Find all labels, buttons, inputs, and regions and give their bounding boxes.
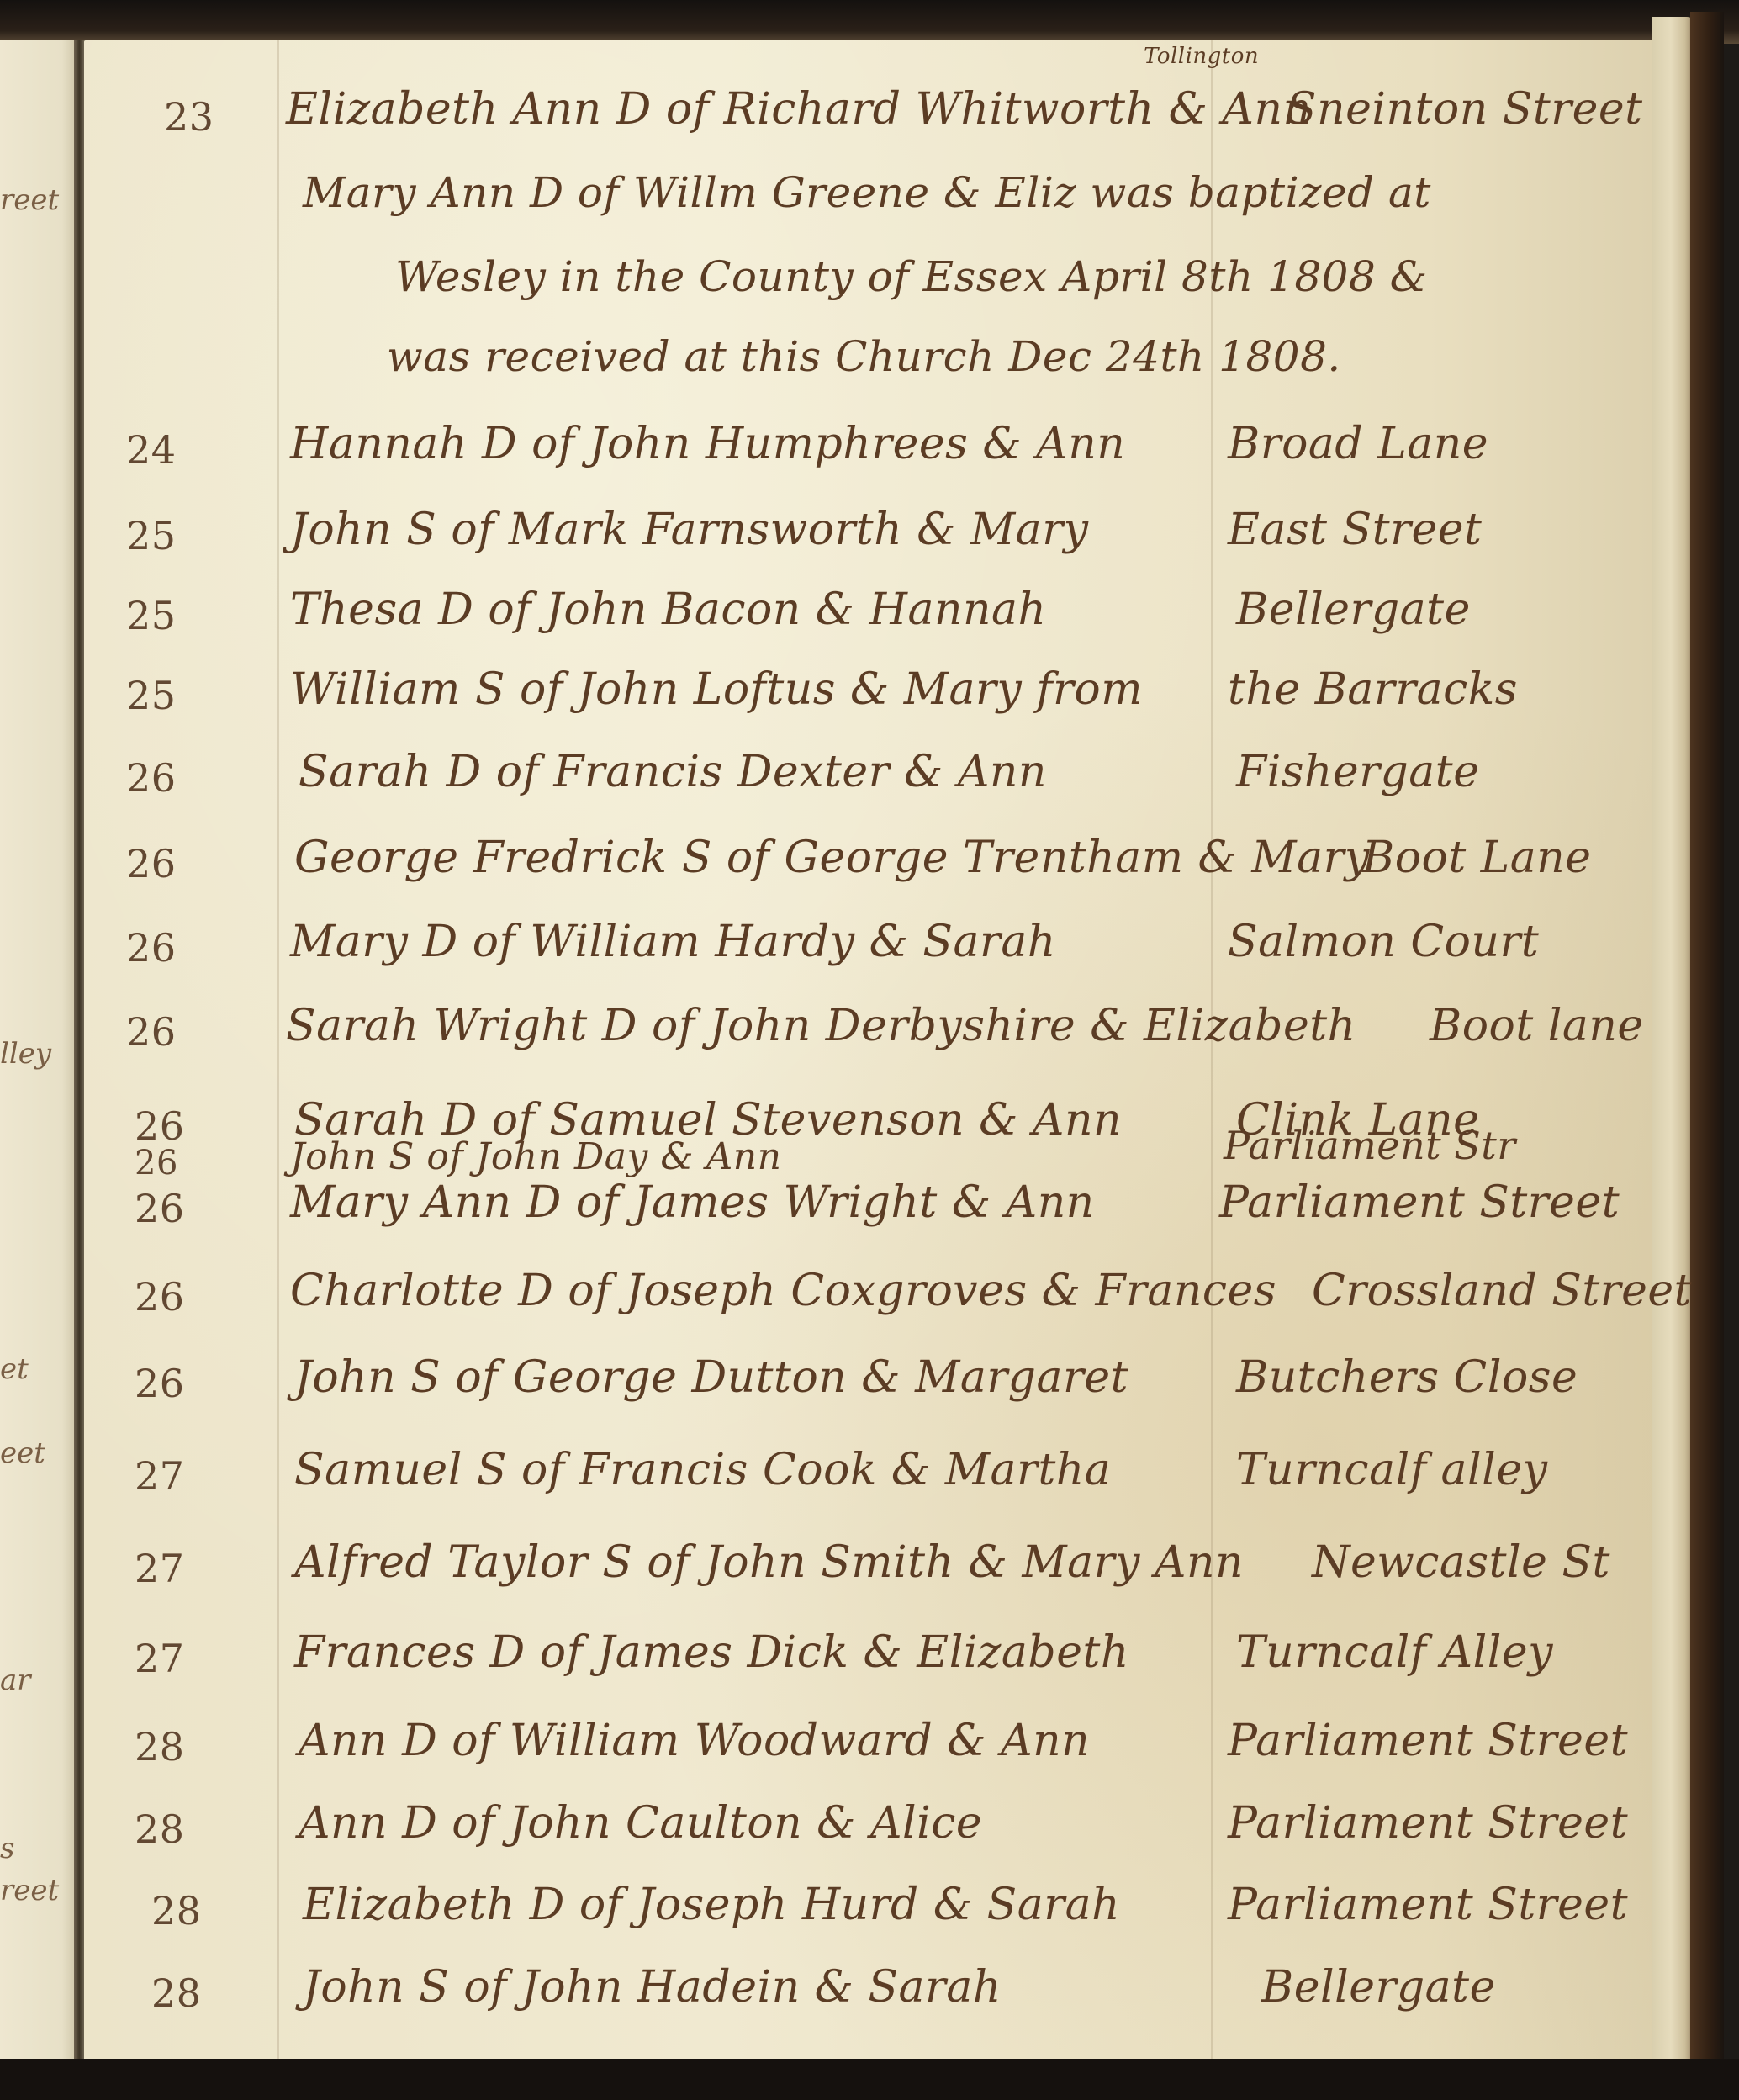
entry-abode: Turncalf alley (1236, 1445, 1547, 1495)
left-page-text: reet (0, 183, 59, 217)
entry-day: 26 (135, 1361, 185, 1406)
interlinear-note: Tollington (1144, 44, 1259, 69)
entry-text: Alfred Taylor S of John Smith & Mary Ann (294, 1537, 1244, 1588)
entry-text: Samuel S of Francis Cook & Martha (294, 1445, 1111, 1495)
entry-abode: Parliament Street (1228, 1880, 1628, 1930)
left-page-text: s (0, 1832, 14, 1865)
entry-abode: Bellergate (1261, 1962, 1496, 2013)
entry-abode: East Street (1228, 505, 1482, 555)
entry-day: 27 (135, 1546, 185, 1591)
entry-day: 25 (126, 673, 177, 718)
entry-abode: Crossland Street (1312, 1266, 1692, 1316)
entry-abode: Fishergate (1236, 747, 1479, 797)
entry-abode: Sneinton Street (1287, 84, 1643, 135)
left-page-text: eet (0, 1436, 45, 1470)
entry-text: Sarah D of Francis Dexter & Ann (299, 747, 1047, 797)
entry-day: 27 (135, 1636, 185, 1681)
entry-day: 26 (135, 1103, 185, 1149)
entry-abode: Turncalf Alley (1236, 1627, 1553, 1678)
left-page-fragment: reet lley et eet ar s reet (0, 40, 77, 2060)
entry-abode: Broad Lane (1228, 419, 1488, 469)
entry-abode: Newcastle St (1312, 1537, 1610, 1588)
entry-text: Mary Ann D of James Wright & Ann (290, 1177, 1095, 1228)
entry-text: John S of George Dutton & Margaret (294, 1352, 1128, 1403)
entry-day: 28 (151, 1970, 202, 2016)
entry-text: Elizabeth Ann D of Richard Whitworth & A… (286, 84, 1311, 135)
entry-day: 25 (126, 593, 177, 638)
scan-top-edge (0, 0, 1739, 44)
entry-text: John S of John Hadein & Sarah (303, 1962, 1002, 2013)
entry-text: Hannah D of John Humphrees & Ann (290, 419, 1125, 469)
entry-text: George Fredrick S of George Trentham & M… (294, 833, 1370, 883)
entry-abode: Parliament Street (1219, 1177, 1620, 1228)
left-page-text: et (0, 1352, 29, 1386)
entry-text: Sarah Wright D of John Derbyshire & Eliz… (286, 1001, 1356, 1051)
entry-abode: Salmon Court (1228, 917, 1539, 967)
entry-day: 28 (135, 1806, 185, 1852)
entry-abode: Parliament Street (1228, 1716, 1628, 1766)
entry-text: Ann D of John Caulton & Alice (299, 1798, 982, 1849)
entry-text: Frances D of James Dick & Elizabeth (294, 1627, 1129, 1678)
entry-day: 26 (126, 841, 177, 886)
entry-day: 26 (135, 1186, 185, 1231)
entry-text: Ann D of William Woodward & Ann (299, 1716, 1090, 1766)
entry-day: 26 (135, 1144, 178, 1182)
entry-day: 25 (126, 513, 177, 558)
entry-abode: Boot lane (1430, 1001, 1644, 1051)
entry-text: Elizabeth D of Joseph Hurd & Sarah (303, 1880, 1120, 1930)
entry-day: 26 (126, 755, 177, 801)
entry-text: William S of John Loftus & Mary from (290, 664, 1143, 715)
entry-text: Thesa D of John Bacon & Hannah (290, 585, 1046, 635)
entry-text: John S of John Day & Ann (290, 1135, 781, 1178)
entry-text: John S of Mark Farnsworth & Mary (290, 505, 1089, 555)
entry-abode: Parliament Street (1228, 1798, 1628, 1849)
note-line: was received at this Church Dec 24th 180… (387, 332, 1341, 381)
entry-day: 28 (135, 1724, 185, 1769)
left-page-text: lley (0, 1037, 51, 1071)
entry-day: 27 (135, 1453, 185, 1499)
entry-abode: Butchers Close (1236, 1352, 1578, 1403)
entry-day: 24 (126, 427, 177, 473)
entry-abode: Parliament Str (1224, 1123, 1516, 1168)
entry-text: Charlotte D of Joseph Coxgroves & France… (290, 1266, 1276, 1316)
entry-day: 26 (135, 1274, 185, 1320)
scan-bottom-edge (0, 2059, 1739, 2100)
book-binding (1690, 12, 1724, 2064)
entry-day: 26 (126, 1009, 177, 1055)
entry-text: Mary D of William Hardy & Sarah (290, 917, 1056, 967)
entry-day: 28 (151, 1888, 202, 1933)
ruled-line (277, 40, 279, 2060)
entry-abode: the Barracks (1228, 664, 1518, 715)
note-line: Mary Ann D of Willm Greene & Eliz was ba… (303, 168, 1431, 217)
left-page-text: reet (0, 1874, 59, 1907)
left-page-text: ar (0, 1664, 31, 1697)
note-line: Wesley in the County of Essex April 8th … (395, 252, 1428, 301)
entry-day: 23 (164, 94, 214, 140)
entry-abode: Boot Lane (1362, 833, 1592, 883)
entry-day: 26 (126, 925, 177, 971)
entry-abode: Bellergate (1236, 585, 1471, 635)
